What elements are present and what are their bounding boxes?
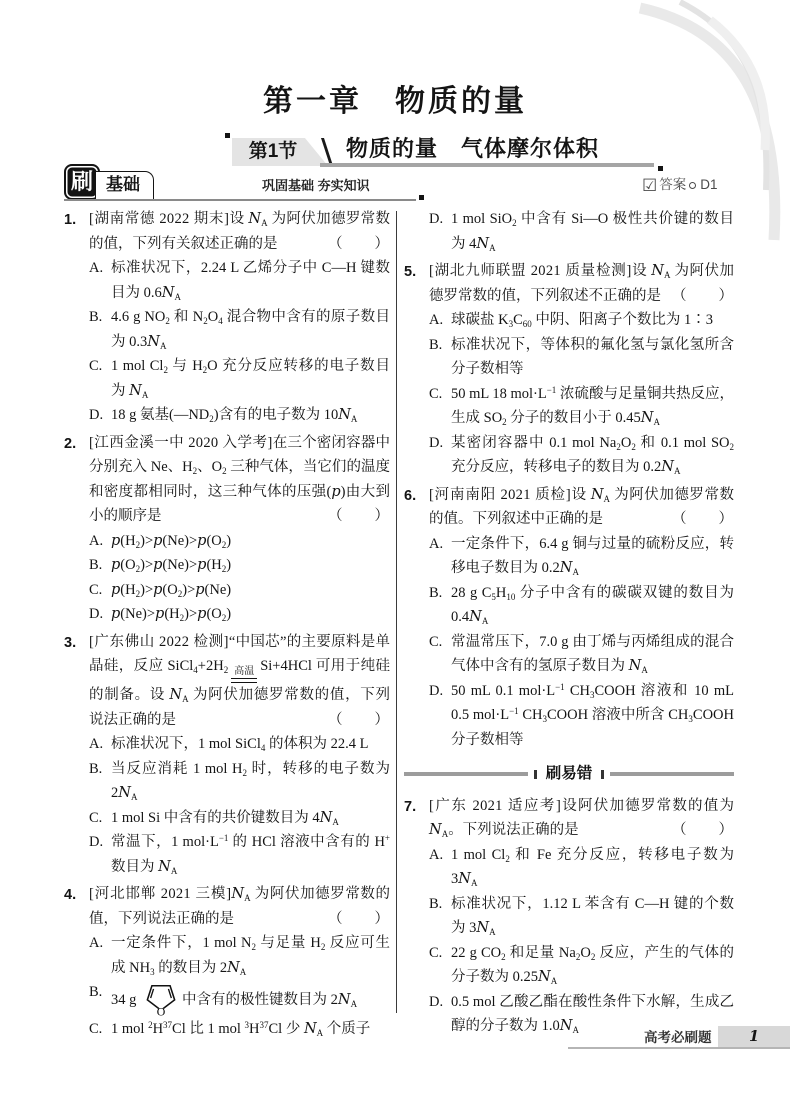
question-1: 1. [湖南常德 2022 期末]设 NA 为阿伏加德罗常数的值，下列有关叙述正… bbox=[64, 207, 390, 428]
divider-label: 刷易错 bbox=[546, 762, 593, 787]
option-text: 50 mL 0.1 mol·L−1 CH3COOH 溶液和 10 mL 0.5 … bbox=[451, 683, 734, 748]
section-underline bbox=[320, 163, 654, 167]
tagline-rule bbox=[64, 199, 416, 201]
option-text: 4.6 g NO2 和 N2O4 混合物中含有的原子数目为 0.3NA bbox=[111, 309, 390, 350]
option-text: 28 g C5H10 分子中含有的碳碳双键的数目为 0.4NA bbox=[451, 585, 734, 626]
option-row: A.标准状况下，2.24 L 乙烯分子中 C—H 键数目为 0.6NA bbox=[89, 256, 390, 305]
question-stem: [广东佛山 2022 检测]“中国芯”的主要原料是单晶硅，反应 SiCl4+2H… bbox=[89, 630, 390, 733]
option-label: A. bbox=[89, 256, 103, 281]
option-row: D.18 g 氨基(—ND2)含有的电子数为 10NA bbox=[89, 403, 390, 428]
divider-tick bbox=[601, 770, 604, 779]
ring-dot-icon bbox=[689, 182, 696, 189]
option-row: C.1 mol 2H37Cl 比 1 mol 3H37Cl 少 NA 个质子 bbox=[89, 1017, 390, 1042]
section-title: 物质的量 气体摩尔体积 bbox=[346, 135, 599, 163]
option-label: B. bbox=[429, 333, 442, 358]
option-text: 一定条件下，6.4 g 铜与过量的硫粉反应，转移电子数目为 0.2NA bbox=[451, 536, 734, 577]
question-6: 6. [河南南阳 2021 质检]设 NA 为阿伏加德罗常数的值。下列叙述中正确… bbox=[404, 483, 734, 753]
option-row: A.p(H2)>p(Ne)>p(O2) bbox=[89, 529, 390, 554]
answer-bracket: （ ） bbox=[328, 907, 390, 932]
option-text: p(O2)>p(Ne)>p(H2) bbox=[111, 557, 231, 573]
option-text: 标准状况下，1 mol SiCl4 的体积为 22.4 L bbox=[111, 736, 368, 752]
option-label: A. bbox=[89, 732, 103, 757]
option-text: 1 mol Si 中含有的共价键数目为 4NA bbox=[111, 810, 339, 826]
chapter-title: 第一章 物质的量 bbox=[0, 84, 790, 120]
left-column: 1. [湖南常德 2022 期末]设 NA 为阿伏加德罗常数的值，下列有关叙述正… bbox=[64, 207, 390, 1045]
option-label: D. bbox=[429, 431, 443, 456]
question-source: [湖北九师联盟 2021 质量检测] bbox=[429, 263, 632, 279]
answer-bracket: （ ） bbox=[328, 232, 390, 257]
question-stem: [河北邯郸 2021 三模]NA 为阿伏加德罗常数的值，下列说法正确的是（ ） bbox=[89, 882, 390, 931]
question-stem: [河南南阳 2021 质检]设 NA 为阿伏加德罗常数的值。下列叙述中正确的是（… bbox=[429, 483, 734, 532]
question-number: 7. bbox=[404, 795, 416, 820]
option-text: 1 mol 2H37Cl 比 1 mol 3H37Cl 少 NA 个质子 bbox=[111, 1021, 370, 1037]
option-text: p(H2)>p(Ne)>p(O2) bbox=[111, 533, 231, 549]
option-label: A. bbox=[429, 843, 443, 868]
option-row: B.标准状况下，1.12 L 苯含有 C—H 键的个数为 3NA bbox=[429, 892, 734, 941]
option-row: B.p(O2)>p(Ne)>p(H2) bbox=[89, 553, 390, 578]
question-stem: [广东 2021 适应考]设阿伏加德罗常数的值为 NA。下列说法正确的是（ ） bbox=[429, 794, 734, 843]
option-text: 一定条件下，1 mol N2 与足量 H2 反应可生成 NH3 的数目为 2NA bbox=[111, 935, 390, 976]
option-text: 1 mol Cl2 与 H2O 充分反应转移的电子数目为 NA bbox=[111, 358, 390, 399]
tagline-end-dot bbox=[419, 195, 424, 200]
option-row: D.常温下，1 mol·L−1 的 HCl 溶液中含有的 H+ 数目为 NA bbox=[89, 830, 390, 879]
answer-label: 答案 bbox=[659, 173, 686, 198]
option-text: 1 mol SiO2 中含有 Si—O 极性共价键的数目为 4NA bbox=[451, 211, 734, 252]
section-number-tab: 第1节 bbox=[232, 138, 328, 166]
question-stem: [江西金溪一中 2020 入学考]在三个密闭容器中分别充入 Ne、H2、O2 三… bbox=[89, 431, 390, 529]
option-label: D. bbox=[89, 403, 103, 428]
option-row: A.球碳盐 K3C60 中阴、阳离子个数比为 1∶3 bbox=[429, 308, 734, 333]
question-source: [湖南常德 2022 期末] bbox=[89, 211, 229, 227]
question-number: 1. bbox=[64, 208, 76, 233]
question-5: 5. [湖北九师联盟 2021 质量检测]设 NA 为阿伏加德罗常数的值，下列叙… bbox=[404, 259, 734, 480]
option-row: C.50 mL 18 mol·L−1 浓硫酸与足量铜共热反应，生成 SO2 分子… bbox=[429, 382, 734, 431]
basics-badge: 刷基础 bbox=[64, 164, 154, 200]
answer-bracket: （ ） bbox=[328, 504, 390, 529]
divider-tick bbox=[534, 770, 537, 779]
option-row: B.当反应消耗 1 mol H2 时，转移的电子数为 2NA bbox=[89, 757, 390, 806]
question-number: 2. bbox=[64, 432, 76, 457]
option-text: 22 g CO2 和足量 Na2O2 反应，产生的气体的分子数为 0.25NA bbox=[451, 945, 734, 986]
page-number-box: 1 bbox=[718, 1026, 790, 1047]
right-column: D.1 mol SiO2 中含有 Si—O 极性共价键的数目为 4NA 5. [… bbox=[404, 207, 734, 1042]
footer-brand: 高考必刷题 bbox=[644, 1027, 712, 1048]
option-label: C. bbox=[429, 382, 442, 407]
option-text: 标准状况下，1.12 L 苯含有 C—H 键的个数为 3NA bbox=[451, 896, 734, 937]
option-text: p(Ne)>p(H2)>p(O2) bbox=[111, 606, 231, 622]
option-label: C. bbox=[89, 578, 102, 603]
column-divider-line bbox=[396, 211, 397, 1013]
option-text: 常温常压下，7.0 g 由丁烯与丙烯组成的混合气体中含有的氢原子数目为 NA bbox=[451, 634, 734, 675]
option-label: C. bbox=[89, 354, 102, 379]
option-text: 18 g 氨基(—ND2)含有的电子数为 10NA bbox=[111, 407, 357, 423]
option-text: 某密闭容器中 0.1 mol Na2O2 和 0.1 mol SO2 充分反应，… bbox=[451, 435, 734, 476]
question-4: 4. [河北邯郸 2021 三模]NA 为阿伏加德罗常数的值，下列说法正确的是（… bbox=[64, 882, 390, 1042]
question-number: 4. bbox=[64, 883, 76, 908]
option-label: C. bbox=[89, 1017, 102, 1042]
option-label: C. bbox=[89, 806, 102, 831]
error-prone-divider: 刷易错 bbox=[404, 762, 734, 787]
option-row: B.4.6 g NO2 和 N2O4 混合物中含有的原子数目为 0.3NA bbox=[89, 305, 390, 354]
option-row: C.22 g CO2 和足量 Na2O2 反应，产生的气体的分子数为 0.25N… bbox=[429, 941, 734, 990]
checkbox-checked-icon: ☑ bbox=[642, 177, 657, 194]
option-label: B. bbox=[89, 757, 102, 782]
option-text: 50 mL 18 mol·L−1 浓硫酸与足量铜共热反应，生成 SO2 分子的数… bbox=[451, 386, 734, 427]
question-source: [广东佛山 2022 检测] bbox=[89, 634, 229, 650]
badge-label: 基础 bbox=[95, 171, 154, 200]
option-row: D.p(Ne)>p(H2)>p(O2) bbox=[89, 602, 390, 627]
question-2: 2. [江西金溪一中 2020 入学考]在三个密闭容器中分别充入 Ne、H2、O… bbox=[64, 431, 390, 627]
option-label: B. bbox=[89, 305, 102, 330]
option-row: C.1 mol Cl2 与 H2O 充分反应转移的电子数目为 NA bbox=[89, 354, 390, 403]
option-label: D. bbox=[89, 602, 103, 627]
option-label: D. bbox=[429, 990, 443, 1015]
option-text: 标准状况下，2.24 L 乙烯分子中 C—H 键数目为 0.6NA bbox=[111, 260, 390, 301]
option-label: C. bbox=[429, 941, 442, 966]
question-stem: [湖北九师联盟 2021 质量检测]设 NA 为阿伏加德罗常数的值，下列叙述不正… bbox=[429, 259, 734, 308]
answer-ref: D1 bbox=[700, 173, 717, 198]
svg-text:O: O bbox=[157, 1004, 166, 1017]
option-text: 34 g O中含有的极性键数目为 2NA bbox=[111, 992, 357, 1008]
option-row: C.常温常压下，7.0 g 由丁烯与丙烯组成的混合气体中含有的氢原子数目为 NA bbox=[429, 630, 734, 679]
question-7: 7. [广东 2021 适应考]设阿伏加德罗常数的值为 NA。下列说法正确的是（… bbox=[404, 794, 734, 1039]
option-label: A. bbox=[429, 532, 443, 557]
option-label: C. bbox=[429, 630, 442, 655]
option-row: D.1 mol SiO2 中含有 Si—O 极性共价键的数目为 4NA bbox=[429, 207, 734, 256]
option-label: A. bbox=[89, 529, 103, 554]
option-label: B. bbox=[89, 553, 102, 578]
reaction-condition: 高温 bbox=[231, 667, 257, 683]
option-text: 1 mol Cl2 和 Fe 充分反应，转移电子数为 3NA bbox=[451, 847, 734, 888]
option-row: A.一定条件下，6.4 g 铜与过量的硫粉反应，转移电子数目为 0.2NA bbox=[429, 532, 734, 581]
question-number: 5. bbox=[404, 260, 416, 285]
option-text: p(H2)>p(O2)>p(Ne) bbox=[111, 582, 231, 598]
option-label: A. bbox=[429, 308, 443, 333]
option-label: A. bbox=[89, 931, 103, 956]
question-number: 3. bbox=[64, 631, 76, 656]
option-label: D. bbox=[429, 679, 443, 704]
option-row: B.28 g C5H10 分子中含有的碳碳双键的数目为 0.4NA bbox=[429, 581, 734, 630]
option-row: C.p(H2)>p(O2)>p(Ne) bbox=[89, 578, 390, 603]
divider-bar bbox=[404, 772, 528, 776]
option-row: D.50 mL 0.1 mol·L−1 CH3COOH 溶液和 10 mL 0.… bbox=[429, 679, 734, 753]
answer-bracket: （ ） bbox=[672, 507, 734, 532]
answer-bracket: （ ） bbox=[328, 708, 390, 733]
option-row: A.标准状况下，1 mol SiCl4 的体积为 22.4 L bbox=[89, 732, 390, 757]
option-label: B. bbox=[429, 892, 442, 917]
option-row: C.1 mol Si 中含有的共价键数目为 4NA bbox=[89, 806, 390, 831]
question-source: [河北邯郸 2021 三模] bbox=[89, 886, 231, 902]
divider-bar bbox=[610, 772, 734, 776]
option-row: D.某密闭容器中 0.1 mol Na2O2 和 0.1 mol SO2 充分反… bbox=[429, 431, 734, 480]
answer-reference: ☑ 答案 D1 bbox=[642, 173, 718, 198]
furan-ring-structure: O bbox=[141, 980, 181, 1017]
question-3: 3. [广东佛山 2022 检测]“中国芯”的主要原料是单晶硅，反应 SiCl4… bbox=[64, 630, 390, 880]
question-stem: [湖南常德 2022 期末]设 NA 为阿伏加德罗常数的值，下列有关叙述正确的是… bbox=[89, 207, 390, 256]
option-label: D. bbox=[89, 830, 103, 855]
answer-bracket: （ ） bbox=[672, 284, 734, 309]
option-label: B. bbox=[429, 581, 442, 606]
option-row: A.一定条件下，1 mol N2 与足量 H2 反应可生成 NH3 的数目为 2… bbox=[89, 931, 390, 980]
banner-end-dot bbox=[658, 166, 663, 171]
option-row: A.1 mol Cl2 和 Fe 充分反应，转移电子数为 3NA bbox=[429, 843, 734, 892]
option-text: 常温下，1 mol·L−1 的 HCl 溶液中含有的 H+ 数目为 NA bbox=[111, 834, 390, 875]
banner-corner-dot bbox=[225, 133, 230, 138]
option-text: 标准状况下，等体积的氟化氢与氯化氢所含分子数相等 bbox=[451, 337, 734, 378]
question-source: [河南南阳 2021 质检] bbox=[429, 487, 571, 503]
question-number: 6. bbox=[404, 484, 416, 509]
question-source: [广东 2021 适应考] bbox=[429, 798, 561, 814]
option-text: 球碳盐 K3C60 中阴、阳离子个数比为 1∶3 bbox=[451, 312, 713, 328]
tagline: 巩固基础 夯实知识 bbox=[262, 178, 370, 194]
option-row: B.34 g O中含有的极性键数目为 2NA bbox=[89, 980, 390, 1017]
option-row: B.标准状况下，等体积的氟化氢与氯化氢所含分子数相等 bbox=[429, 333, 734, 382]
option-label: D. bbox=[429, 207, 443, 232]
question-4-continued: D.1 mol SiO2 中含有 Si—O 极性共价键的数目为 4NA bbox=[404, 207, 734, 256]
answer-bracket: （ ） bbox=[672, 818, 734, 843]
option-text: 当反应消耗 1 mol H2 时，转移的电子数为 2NA bbox=[111, 761, 390, 802]
question-source: [江西金溪一中 2020 入学考] bbox=[89, 435, 273, 451]
option-label: B. bbox=[89, 980, 102, 1005]
